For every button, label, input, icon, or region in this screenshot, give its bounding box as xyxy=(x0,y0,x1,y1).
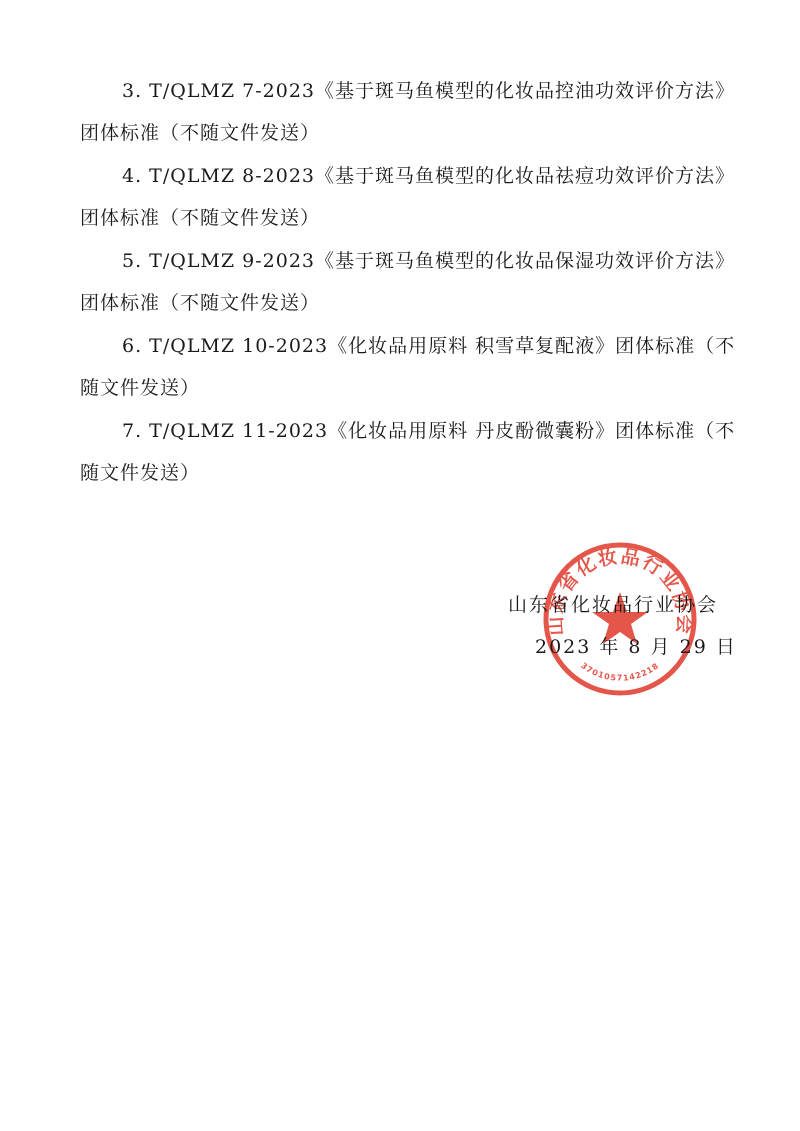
document-page: 3. T/QLMZ 7-2023《基于斑马鱼模型的化妆品控油功效评价方法》 团体… xyxy=(0,0,800,1131)
signature-organization: 山东省化妆品行业协会 xyxy=(508,590,718,617)
standard-item-5: 5. T/QLMZ 9-2023《基于斑马鱼模型的化妆品保湿功效评价方法》 团体… xyxy=(80,240,740,324)
item-line-1: 6. T/QLMZ 10-2023《化妆品用原料 积雪草复配液》团体标准（不 xyxy=(80,325,740,367)
item-line-2: 随文件发送） xyxy=(80,452,740,494)
item-line-2: 随文件发送） xyxy=(80,367,740,409)
svg-text:3701057142218: 3701057142218 xyxy=(579,661,661,683)
standard-item-4: 4. T/QLMZ 8-2023《基于斑马鱼模型的化妆品祛痘功效评价方法》 团体… xyxy=(80,155,740,239)
item-line-2: 团体标准（不随文件发送） xyxy=(80,112,740,154)
item-line-1: 5. T/QLMZ 9-2023《基于斑马鱼模型的化妆品保湿功效评价方法》 xyxy=(80,240,740,282)
standard-item-3: 3. T/QLMZ 7-2023《基于斑马鱼模型的化妆品控油功效评价方法》 团体… xyxy=(80,70,740,154)
official-seal-icon: 山东省化妆品行业协会 3701057142218 xyxy=(540,540,700,698)
seal-number: 3701057142218 xyxy=(579,661,661,683)
item-line-1: 3. T/QLMZ 7-2023《基于斑马鱼模型的化妆品控油功效评价方法》 xyxy=(80,70,740,112)
item-line-1: 7. T/QLMZ 11-2023《化妆品用原料 丹皮酚微囊粉》团体标准（不 xyxy=(80,410,740,452)
item-line-1: 4. T/QLMZ 8-2023《基于斑马鱼模型的化妆品祛痘功效评价方法》 xyxy=(80,155,740,197)
item-line-2: 团体标准（不随文件发送） xyxy=(80,197,740,239)
standard-item-6: 6. T/QLMZ 10-2023《化妆品用原料 积雪草复配液》团体标准（不 随… xyxy=(80,325,740,409)
standard-item-7: 7. T/QLMZ 11-2023《化妆品用原料 丹皮酚微囊粉》团体标准（不 随… xyxy=(80,410,740,494)
item-line-2: 团体标准（不随文件发送） xyxy=(80,282,740,324)
signature-date: 2023 年 8 月 29 日 xyxy=(535,632,737,659)
